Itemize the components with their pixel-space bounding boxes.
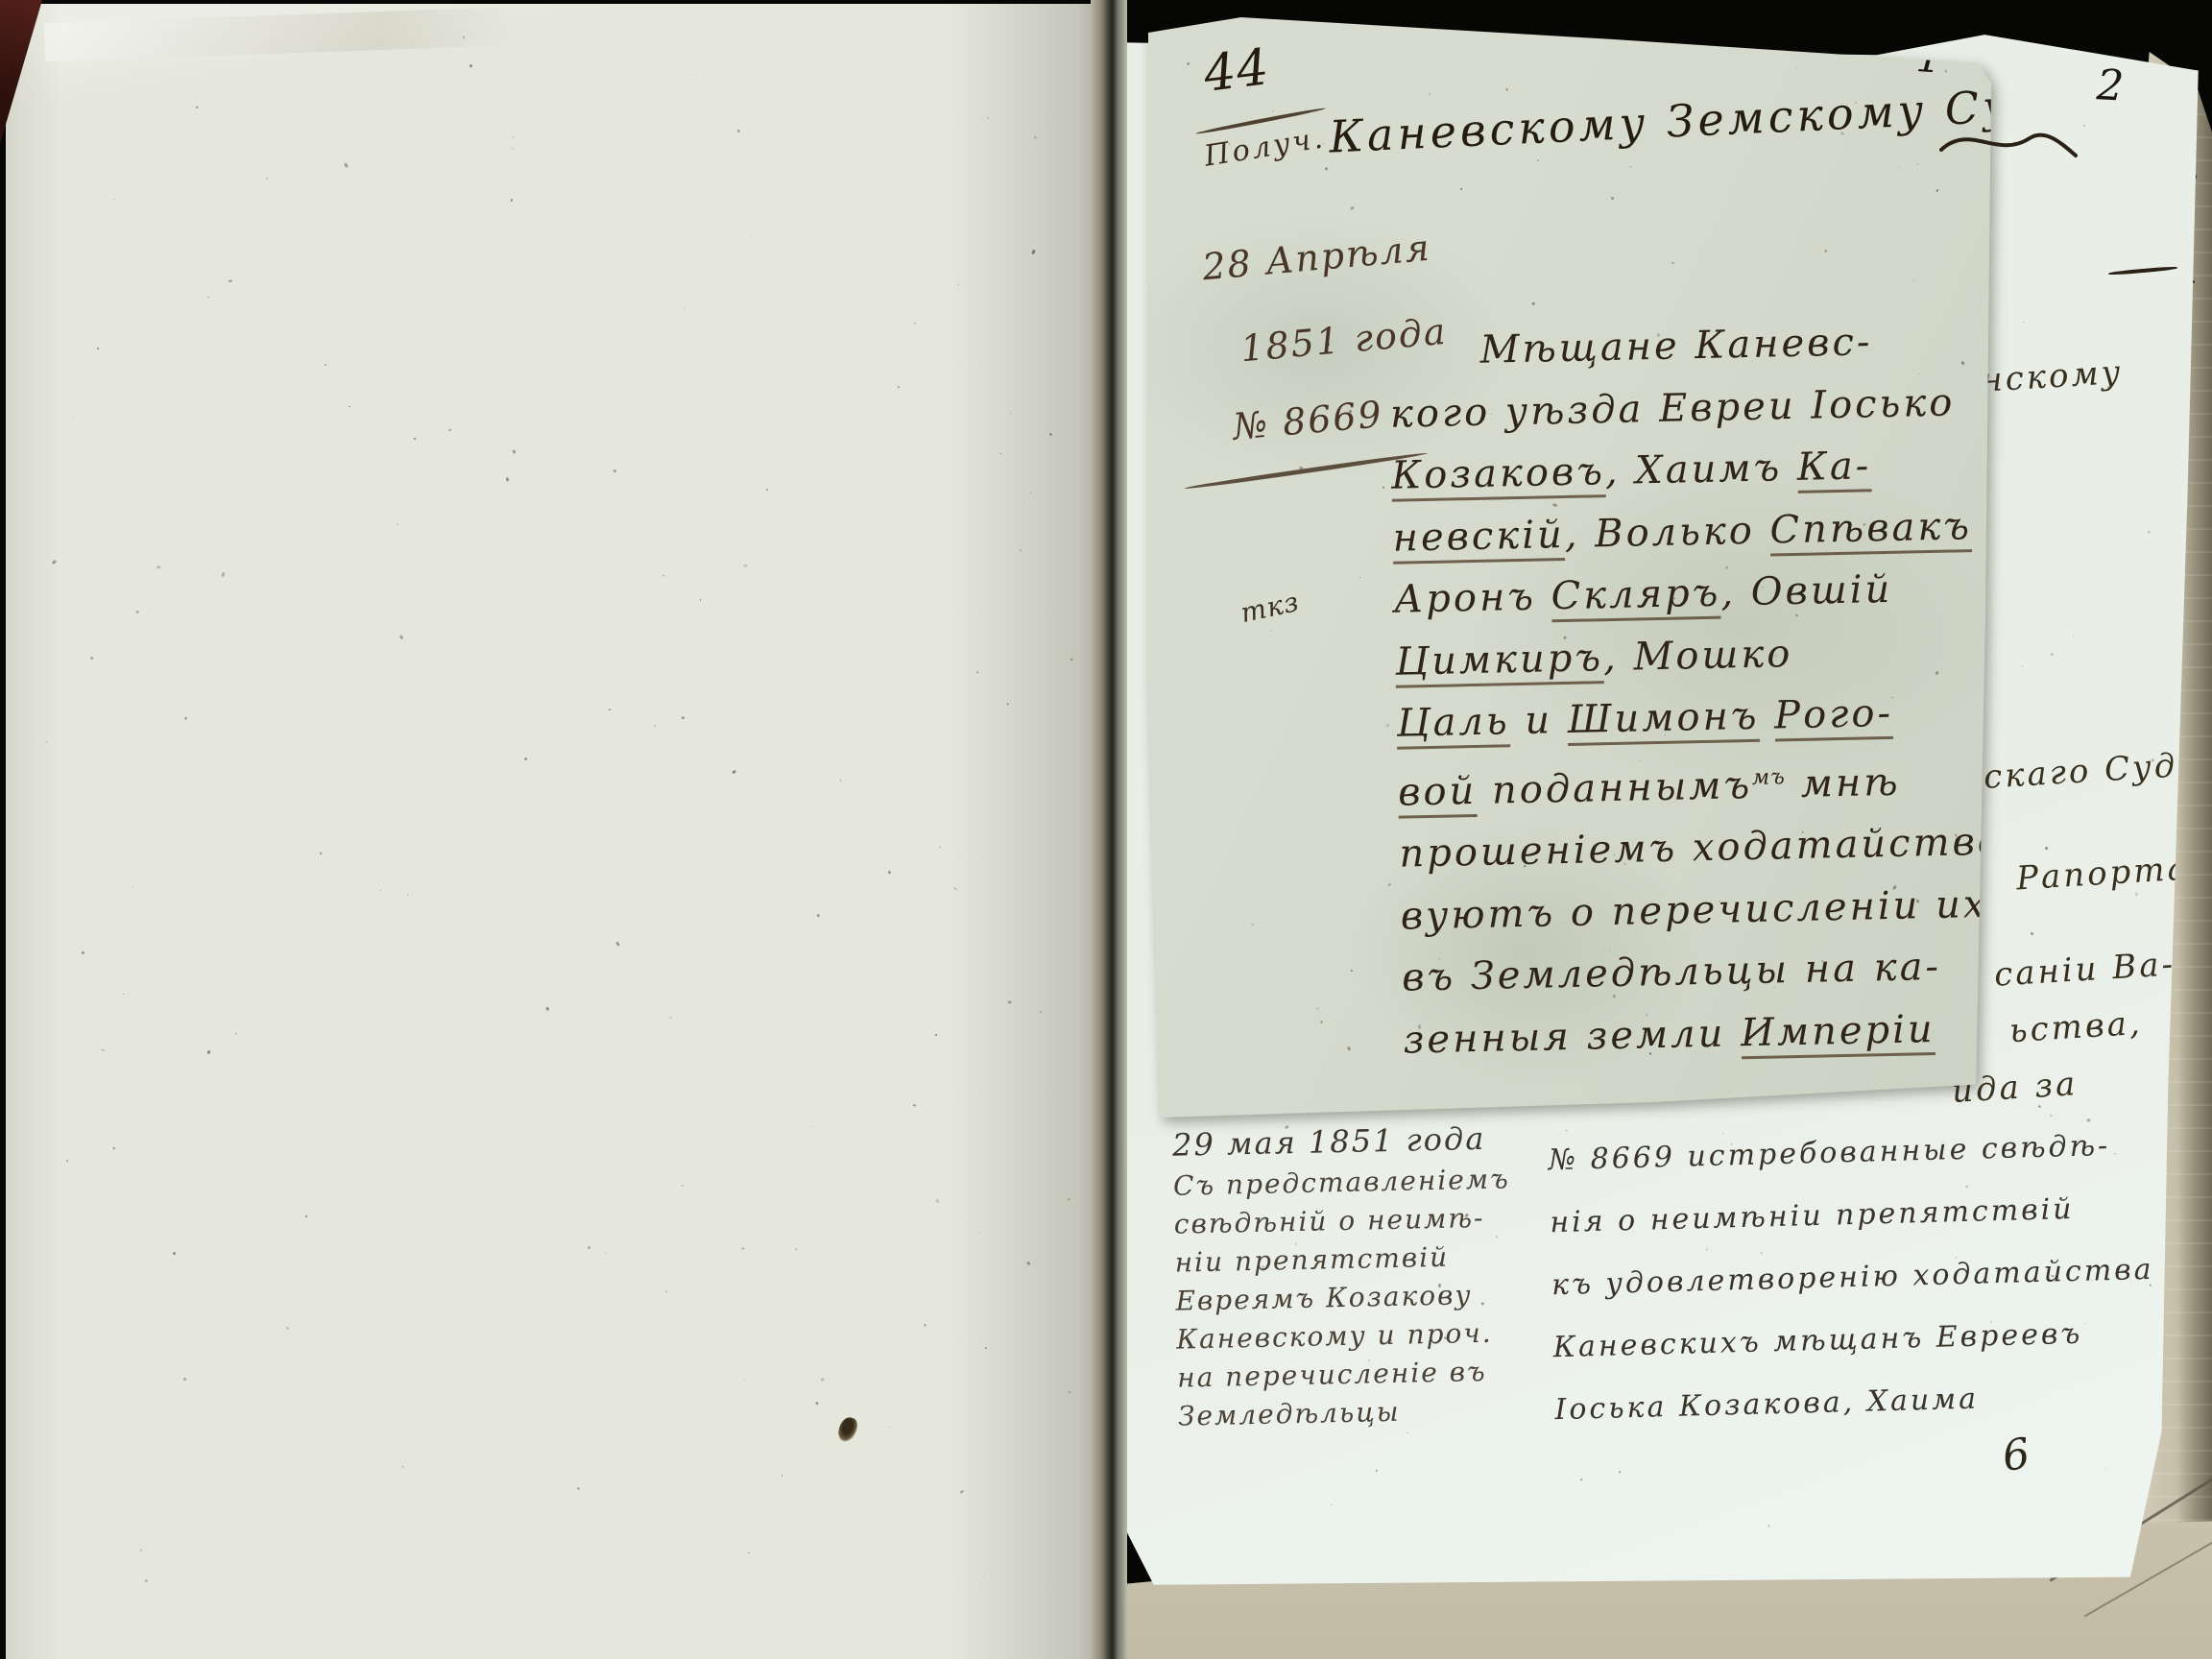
text-segment: кого уѣзда Евреи Іосько [1389, 380, 1955, 436]
manuscript-line: зенныя земли Имперіи [1403, 997, 2018, 1071]
underlined-name: Ка- [1796, 444, 1871, 493]
underlined-name: Козаковъ [1391, 449, 1606, 502]
petition-body-text: Мѣщане Каневс-кого уѣзда Евреи ІоськоКоз… [1388, 308, 2018, 1070]
book-spine-gutter [1091, 0, 1127, 1659]
covered-line-fragment: скаго Суда [1983, 745, 2201, 797]
text-segment: , Мошко [1603, 632, 1793, 680]
manuscript-line: невскій, Волько Спѣвакъ [1392, 494, 2008, 569]
text-segment: Мѣщане Каневс- [1479, 320, 1873, 373]
annotation-line: 29 мая 1851 года [1172, 1116, 1510, 1166]
text-segment: , Овшій [1720, 567, 1893, 615]
annotation-line: на перечисленіе въ [1177, 1352, 1514, 1397]
annotation-line: Земледѣльцы [1178, 1390, 1515, 1435]
ink-stain [835, 1415, 859, 1444]
pen-flourish-stroke [1937, 117, 2081, 175]
underlined-name: Рого- [1774, 691, 1894, 742]
text-segment: , Хаимъ [1604, 445, 1797, 493]
underlined-name: невскій [1392, 512, 1565, 564]
text-segment: зенныя земли [1403, 1011, 1741, 1062]
text-segment: Аронъ [1393, 574, 1551, 621]
left-blank-page [6, 4, 1100, 1659]
marginal-paraph: ткз [1238, 586, 1302, 629]
covered-line-fragment: Рапорта [2015, 850, 2191, 899]
pen-dash-stroke [2108, 266, 2177, 276]
text-segment: мъ [1752, 765, 1786, 790]
page-1-number: 1 [1914, 34, 1946, 83]
text-segment: мнѣ [1785, 759, 1900, 805]
folio-number: 44 [1201, 38, 1273, 104]
document-number: № 8669 [1231, 393, 1384, 447]
covered-line-fragment: саніи Ва- [1993, 945, 2176, 994]
covered-line-fragment: ьства, [2008, 1004, 2144, 1050]
text-segment: въ Земледѣльцы на ка- [1402, 945, 1942, 1000]
underlined-name: Скляръ [1551, 571, 1721, 623]
annotation-left-column: 29 мая 1851 годаСъ представленіемъсвѣдѣн… [1172, 1116, 1515, 1435]
underlined-name: Спѣвакъ [1769, 504, 1972, 556]
page-2-number: 2 [2096, 60, 2128, 111]
text-segment [1759, 693, 1775, 737]
sheet-number-6: 6 [2000, 1429, 2036, 1481]
text-segment: , Волько [1564, 508, 1770, 556]
archival-book-scan: 2 анскомускаго СудаРапортасаніи Ва-ьства… [0, 0, 2212, 1659]
text-segment: поданнымъ [1477, 762, 1753, 812]
page-1-sheet-wrap: 44 Получ. 1 Каневскому Земскому Суду 28 … [1148, 17, 1991, 1118]
underlined-name: Шимонъ [1567, 694, 1760, 746]
annotation-right-column: № 8669 истребованные свѣдѣ-нія о неимѣні… [1548, 1114, 2158, 1441]
manuscript-line: вой поданнымъмъ мнѣ [1397, 742, 2012, 824]
manuscript-line: кого уѣзда Евреи Іосько [1389, 371, 2005, 445]
text-segment: и [1509, 698, 1568, 743]
underlined-name: Цаль [1396, 699, 1510, 749]
underlined-name: вой [1398, 768, 1478, 818]
underlined-name: Цимкиръ [1395, 636, 1604, 688]
underlined-name: Имперіи [1741, 1007, 1936, 1059]
annotation-line: свѣдѣній о неимѣ- [1173, 1198, 1510, 1243]
page-1-sheet: 44 Получ. 1 Каневскому Земскому Суду 28 … [1148, 17, 1991, 1118]
date-day-month: 28 Апрѣля [1201, 227, 1433, 289]
text-segment: прошеніемъ ходатайство- [1399, 819, 2020, 877]
text-segment: вуютъ о перечисленіи ихъ [1400, 881, 2016, 938]
